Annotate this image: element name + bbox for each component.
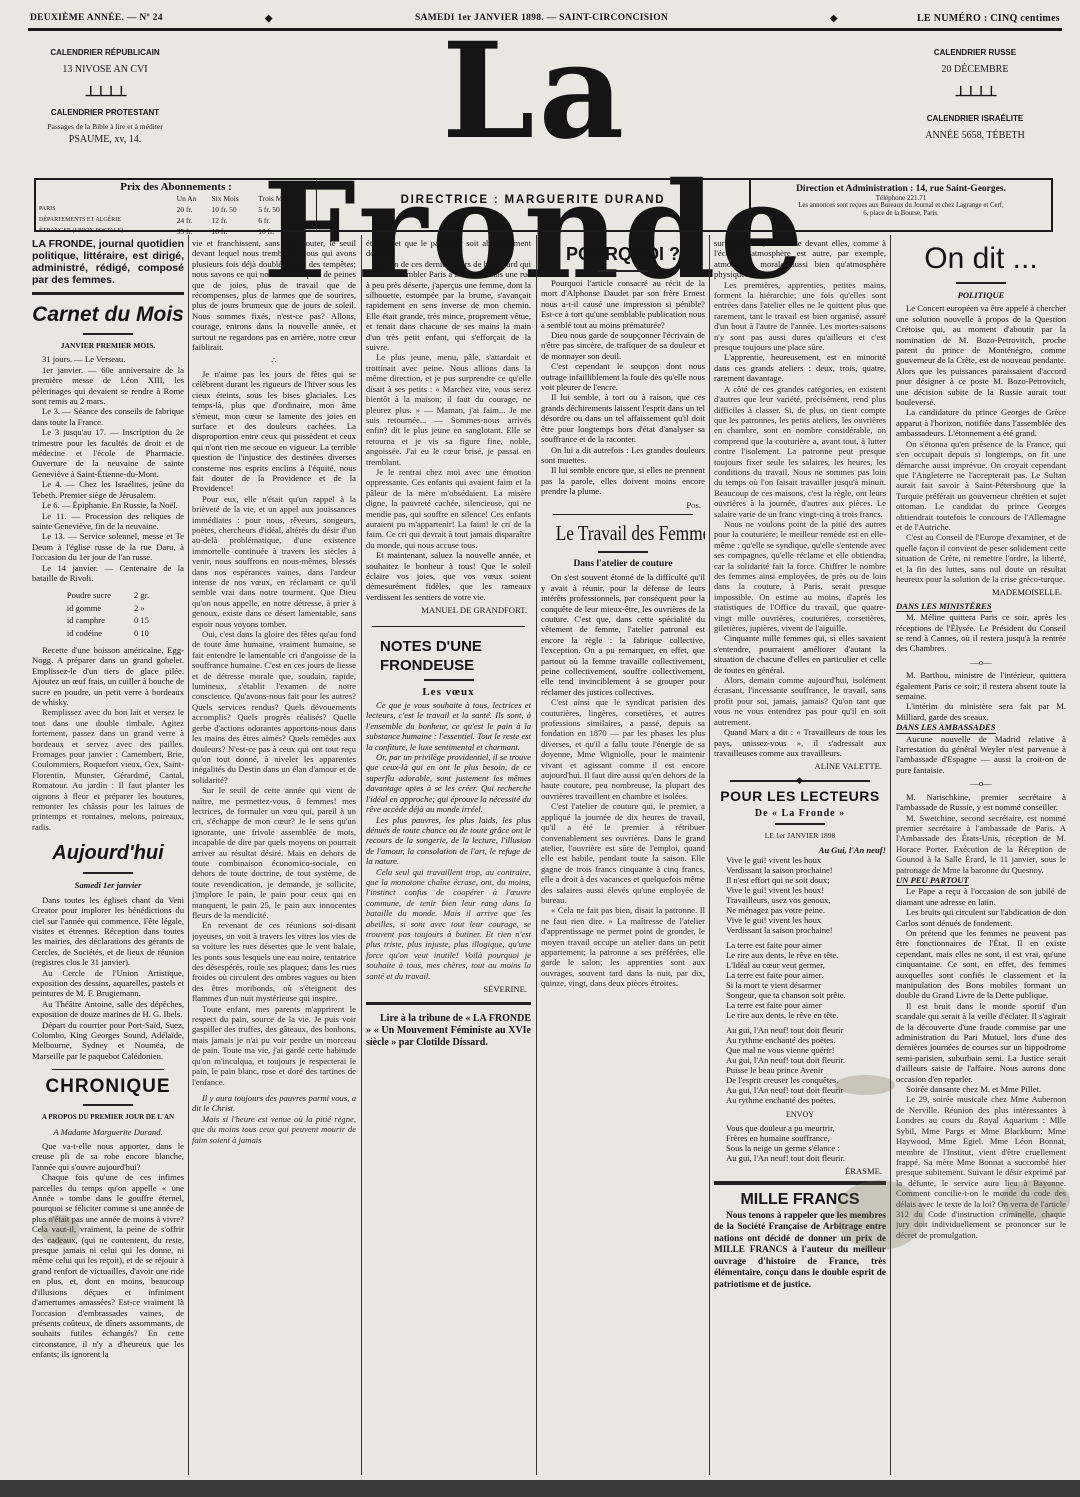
paragraph: vie et franchissent, sans s'en douter, l… — [192, 238, 356, 352]
article-signature: ALINE VALETTE. — [718, 761, 882, 771]
section-rule — [553, 514, 693, 515]
carnet-entries: 31 jours. — Le Verseau.1er janvier. — 60… — [32, 354, 184, 583]
admin-ads-address: 6, place de la Bourse, Paris. — [751, 210, 1051, 218]
admin-address: Direction et Administration : 14, rue Sa… — [751, 184, 1051, 194]
paragraph: Dans toutes les églises chant du Veni Cr… — [32, 895, 184, 968]
section-rule — [32, 292, 184, 295]
paragraph: La candidature du prince Georges de Grèc… — [896, 407, 1066, 438]
ornament-diamond-icon: ◆ — [796, 775, 803, 785]
filler-text: Toute enfant, mes parents m'apprirent le… — [192, 1004, 356, 1087]
column-separator — [709, 235, 710, 1475]
poem-epigraph: Au Gui, l'An neuf! — [714, 845, 886, 855]
paragraph: On s'est souvent étonné de la difficulté… — [541, 572, 705, 697]
filler-text: Je le rentrai chez moi avec une émotion … — [366, 467, 531, 550]
column-separator — [890, 235, 891, 1475]
masthead-title: La Fronde — [210, 22, 860, 162]
article-signature: MANUEL DE GRANDFORT. — [370, 605, 527, 615]
director-box: DIRECTRICE : MARGUERITE DURAND — [316, 178, 750, 232]
paragraph: Le 3. — Séance des conseils de fabrique … — [32, 406, 184, 427]
paragraph: Au Théâtre Antoine, salle des dépêches, … — [32, 999, 184, 1020]
administration-box: Direction et Administration : 14, rue Sa… — [750, 178, 1053, 232]
calendar-note: Passages de la Bible à lire et à méditer — [30, 122, 180, 131]
calendar-date: ANNÉE 5658, TÉBETH — [900, 130, 1050, 143]
carnet-subtitle: JANVIER PREMIER MOIS. — [32, 341, 184, 351]
calendar-title: CALENDRIER ISRAÉLITE — [900, 114, 1050, 124]
column-1: LA FRONDE, journal quotidien politique, … — [32, 238, 184, 1473]
filler-text: Remplissez avec du bon lait et versez le… — [32, 707, 184, 832]
travail-title: Le Travail des Femmes — [556, 519, 690, 547]
paragraph: M. Narischkine, premier secrétaire à l'a… — [896, 792, 1066, 813]
paragraph: M. Barthou, ministre de l'intérieur, qui… — [896, 670, 1066, 701]
chronique-text: Que va-t-elle nous apporter, dans le cre… — [32, 1141, 184, 1360]
aujourdhui-entries: Dans toutes les églises chant du Veni Cr… — [32, 895, 184, 1062]
short-rule — [83, 872, 133, 874]
paragraph: L'intérim du ministère sera fait par M. … — [896, 701, 1066, 722]
poem-stanza: La terre est faite pour aimerLe rire aux… — [726, 940, 886, 1020]
column-3: éteinte, et que le pain leur soit abonda… — [366, 238, 531, 1473]
short-rule — [775, 823, 825, 825]
subscription-row: PARIS 20 fr. 10 fr. 50 5 fr. 50 — [38, 204, 313, 215]
ornament-icon: ⊥⊥⊥⊥ — [30, 83, 180, 101]
paragraph: Il lui semble, à tort ou à raison, que c… — [541, 392, 705, 444]
envoi-line: Frères en humaine souffrance, — [726, 1133, 886, 1143]
director-name: DIRECTRICE : MARGUERITE DURAND — [317, 194, 749, 206]
calendar-title: CALENDRIER RUSSE — [900, 48, 1050, 58]
right-calendar: CALENDRIER RUSSE 20 DÉCEMBRE ⊥⊥⊥⊥ CALEND… — [900, 48, 1050, 149]
short-rule — [424, 679, 474, 681]
ministeres-title: DANS LES MINISTÈRES — [896, 601, 992, 612]
notes-title: NOTES D'UNE FRONDEUSE — [366, 637, 531, 675]
poem: Vive le gui! vivent les houxVerdissant l… — [714, 855, 886, 1105]
paragraph: L'apprentie, heureusement, est en minori… — [714, 352, 886, 383]
paper-stain — [1000, 1180, 1070, 1220]
ondit-title: On dit ... — [896, 240, 1066, 278]
short-rule — [83, 1104, 133, 1106]
paragraph: Le Pape a reçu à l'occasion de son jubil… — [896, 886, 1066, 907]
calendar-title: CALENDRIER PROTESTANT — [30, 108, 180, 118]
partout-title: UN PEU PARTOUT — [896, 875, 969, 886]
envoi-line: Vous que douleur a pu meurtrir, — [726, 1123, 886, 1133]
paragraph: M. Méline quittera Paris ce soir, après … — [896, 612, 1066, 654]
paragraph: Par un de ces derniers soirs de brouilla… — [366, 259, 531, 353]
paragraph: Quand Marx a dit : « Travailleurs de tou… — [714, 727, 886, 758]
newspaper-page: DEUXIÈME ANNÉE. — Nº 24 ◆ SAMEDI 1er JAN… — [0, 0, 1080, 1480]
calendar-date: 13 NIVOSE AN CVI — [30, 64, 180, 77]
chronique-title: CHRONIQUE — [32, 1074, 184, 1100]
paragraph: Je n'aime pas les jours de fêtes qui se … — [192, 369, 356, 494]
travail-text: On s'est souvent étonné de la difficulté… — [541, 572, 705, 697]
column-separator — [361, 235, 362, 1475]
calendar-date: 20 DÉCEMBRE — [900, 64, 1050, 77]
paper-intro: LA FRONDE, journal quotidien politique, … — [32, 238, 184, 286]
travail-subtitle: Dans l'atelier de couture — [541, 559, 705, 569]
closing-line: Il y aura toujours des pauvres parmi vou… — [192, 1093, 356, 1114]
aujourdhui-title: Aujourd'hui — [32, 838, 184, 868]
paragraph: Le 13. — Service solennel, messe et Te D… — [32, 531, 184, 562]
short-rule — [598, 551, 648, 553]
separator-icon: —o— — [896, 778, 1066, 788]
year-issue: DEUXIÈME ANNÉE. — Nº 24 — [30, 13, 163, 23]
paragraph: On prétend que les femmes ne peuvent pas… — [896, 928, 1066, 1001]
filler-text: C'est l'atelier de couture qui, le premi… — [541, 801, 705, 905]
carnet-title: Carnet du Mois — [32, 301, 184, 329]
lecteurs-date: LE 1er JANVIER 1898 — [714, 831, 886, 841]
paragraph: Le 6. — Épiphanie. En Russie, la Noël. — [32, 500, 184, 510]
recipe-row: Poudre sucre2 gr. — [66, 589, 150, 601]
partout-text: Le Pape a reçu à l'occasion de son jubil… — [896, 886, 1066, 1094]
column-6: On dit ... POLITIQUE Le Concert européen… — [896, 238, 1066, 1473]
paragraph: Il lui semble encore que, si elles ne pr… — [541, 465, 705, 496]
section-rule — [366, 1002, 531, 1005]
short-rule — [83, 333, 133, 335]
paragraph: Et maintenant, saluez la nouvelle année,… — [366, 550, 531, 602]
lecteurs-title: POUR LES LECTEURS — [714, 786, 886, 806]
filler-text: Pour eux, elle n'était qu'un rappel à la… — [192, 494, 356, 629]
subscription-table: Un An Six Mois Trois Mois PARIS 20 fr. 1… — [38, 193, 313, 237]
poem-signature: ÉRASME. — [718, 1166, 882, 1176]
ornament-icon: ⊥⊥⊥⊥ — [900, 83, 1050, 101]
paragraph: Le 14 janvier. — Centenaire de la batail… — [32, 563, 184, 584]
filler-text: C'est ainsi que le syndicat parisien des… — [541, 697, 705, 801]
pourquoi-signature: Pos. — [545, 500, 701, 510]
paragraph: Ce que je vous souhaite à tous, lectrice… — [366, 700, 531, 752]
politique-signature: MADEMOISELLE. — [900, 587, 1062, 597]
section-rule — [372, 626, 525, 627]
recipe-row: id gomme2 » — [66, 602, 150, 614]
recipe-text: Recette d'une boisson américaine, Egg-No… — [32, 645, 184, 707]
aujourdhui-subtitle: Samedi 1er janvier — [32, 880, 184, 890]
column-2: vie et franchissent, sans s'en douter, l… — [192, 238, 356, 1473]
column-separator — [188, 235, 189, 1475]
notes-subtitle: Les vœux — [366, 687, 531, 697]
filler-text: Oui, c'est dans la gloire des fêtes qu'a… — [192, 629, 356, 785]
filler-text: Les premières, apprenties, petites mains… — [714, 280, 886, 353]
politique-text: Le Concert européen va être appelé à che… — [896, 303, 1066, 438]
paragraph: Cinquante mille femmes qui, si elles sav… — [714, 633, 886, 675]
notes-text: Ce que je vous souhaite à tous, lectrice… — [366, 700, 531, 867]
left-calendar: CALENDRIER RÉPUBLICAIN 13 NIVOSE AN CVI … — [30, 48, 180, 153]
filler-text: Mais si l'heure est venue où la pitié rè… — [192, 1114, 356, 1145]
notes-signature: SÉVERINE. — [370, 984, 527, 994]
tribune-note: Lire à la tribune de « LA FRONDE » « Un … — [366, 1013, 531, 1049]
short-rule — [598, 270, 648, 272]
paragraph: On lui a dit autrefois : Les grandes dou… — [541, 445, 705, 466]
filler-text: Nous ne voulons point de la pitié des au… — [714, 519, 886, 633]
calendar-title: CALENDRIER RÉPUBLICAIN — [30, 48, 180, 58]
paragraph: Il est bruit dans le monde sportif d'un … — [896, 1001, 1066, 1084]
filler-text: C'est au Conseil de l'Europe d'examiner,… — [896, 532, 1066, 584]
paragraph: Pourquoi l'article consacré au récit de … — [541, 278, 705, 330]
filler-text: « Cela ne fait pas bien, disait la patro… — [541, 905, 705, 988]
paper-stain — [40, 1215, 80, 1245]
filler-text: Cela seul qui travaillent trop, au contr… — [366, 867, 531, 981]
pourquoi-title: POURQUOI ? — [541, 242, 705, 266]
paragraph: 31 jours. — Le Verseau. — [32, 354, 184, 364]
separator-icon: —o— — [896, 657, 1066, 667]
paragraph: Or, par un privilège providentiel, il se… — [366, 752, 531, 814]
paragraph: Au Cercle de l'Union Artistique, exposit… — [32, 968, 184, 999]
chronique-subtitle: A PROPOS DU PREMIER JOUR DE L'AN — [32, 1112, 184, 1122]
paragraph: Les bruits qui circulent sur l'abdicatio… — [896, 907, 1066, 928]
admin-ads-note: Les annonces sont reçues aux Bureaux du … — [751, 202, 1051, 210]
envoi-title: ENVOY — [714, 1110, 886, 1120]
ambassades-title: DANS LES AMBASSADES — [896, 722, 996, 733]
envoi-line: Sous la neige un germe s'élance : — [726, 1143, 886, 1153]
paragraph: C'est cependant le soupçon dont nous out… — [541, 361, 705, 392]
paragraph: Départ du courrier pour Port-Saïd, Suez,… — [32, 1020, 184, 1062]
paragraph: Le 11. — Procession des reliques de sain… — [32, 511, 184, 532]
paragraph: Aucune nouvelle de Madrid relative à l'a… — [896, 734, 1066, 776]
admin-phone: Téléphone 221.71 — [751, 194, 1051, 202]
section-rule: ◆ — [730, 780, 870, 782]
paper-stain — [835, 1075, 895, 1095]
ornament-icon: ∴ — [192, 355, 356, 365]
pourquoi-text: Pourquoi l'article consacré au récit de … — [541, 278, 705, 497]
subscription-box: Prix des Abonnements : Un An Six Mois Tr… — [34, 178, 317, 232]
filler-text: Sur le seuil de cette année qui vient de… — [192, 785, 356, 920]
poem-stanza: Vive le gui! vivent les houxVerdissant l… — [726, 855, 886, 935]
paragraph: Les plus pauvres, les plus laids, les pl… — [366, 815, 531, 867]
paragraph: Soirée dansante chez M. et Mme Pillet. — [896, 1084, 1066, 1094]
filler-text: A côté de ces grandes catégories, en exi… — [714, 384, 886, 519]
paragraph: Dieu nous garde de soupçonner l'écrivain… — [541, 330, 705, 361]
filler-text: En revenant de ces réunions soi-disant j… — [192, 920, 356, 1003]
calendar-verse: PSAUME, xv, 14. — [30, 134, 180, 147]
subscription-row: DÉPARTEMENTS ET ALGÉRIE 24 fr. 12 fr. 6 … — [38, 215, 313, 226]
paragraph: 1er janvier. — 60e anniversaire de la pr… — [32, 365, 184, 407]
paragraph: Que va-t-elle nous apporter, dans le cre… — [32, 1141, 184, 1172]
envoi: Vous que douleur a pu meurtrir,Frères en… — [714, 1123, 886, 1163]
column-5: sur des bancs, une table devant elles, c… — [714, 238, 886, 1473]
paragraph: Le Concert européen va être appelé à che… — [896, 303, 1066, 407]
column-4: POURQUOI ? Pourquoi l'article consacré a… — [541, 238, 705, 1473]
paper-stain — [835, 1180, 925, 1250]
paragraph: Chaque fois qu'une de ces infimes parcel… — [32, 1172, 184, 1359]
issue-price: LE NUMÉRO : CINQ centimes — [917, 13, 1060, 24]
recipe-table: Poudre sucre2 gr.id gomme2 »id camphre0 … — [66, 589, 150, 639]
paragraph: sur des bancs, une table devant elles, c… — [714, 238, 886, 280]
envoi-line: Au gui, l'An neuf! tout doit fleurir. — [726, 1153, 886, 1163]
filler-text: On s'étonna qu'en présence de la France,… — [896, 439, 1066, 533]
politique-title: POLITIQUE — [896, 290, 1066, 300]
paragraph: éteinte, et que le pain leur soit abonda… — [366, 238, 531, 259]
filler-text: M. Swetchine, second secrétaire, est nom… — [896, 813, 1066, 875]
filler-text: Alors, demain comme aujourd'hui, isoléme… — [714, 675, 886, 727]
chronique-dedication: A Madame Marguerite Durand. — [32, 1127, 184, 1137]
lecteurs-subtitle: De « La Fronde » — [714, 809, 886, 819]
filler-text: Le plus jeune, menu, pâle, s'attardait e… — [366, 352, 531, 466]
column-separator — [536, 235, 537, 1475]
section-rule — [52, 1069, 164, 1070]
paragraph: Le 3 jusqu'au 17. — Inscription du 2e tr… — [32, 427, 184, 479]
paragraph: Le 4. — Chez les Israélites, jeûne du Te… — [32, 479, 184, 500]
recipe-row: id codéine0 10 — [66, 627, 150, 639]
subscription-title: Prix des Abonnements : — [36, 181, 316, 193]
subscription-row: ÉTRANGER (UNION POSTALE) 35 fr. 18 fr. 1… — [38, 226, 313, 237]
short-rule — [956, 282, 1006, 284]
recipe-row: id camphre0 15 — [66, 614, 150, 626]
